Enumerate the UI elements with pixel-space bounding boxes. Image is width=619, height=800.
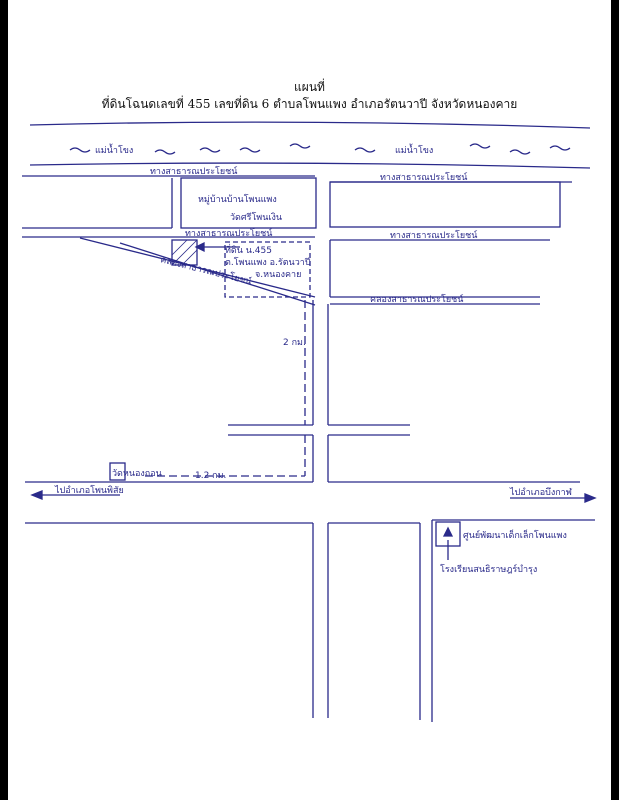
hand-drawn-map: แม่น้ำโขง แม่น้ำโขง ทางสาธารณประโยชน์ ทา… <box>0 0 619 800</box>
temple-2-label: วัดหนองถอน <box>112 469 162 479</box>
distance-horizontal: 1.2 กม. <box>195 471 226 481</box>
canal-label-right: คลองสาธารณประโยชน์ <box>370 293 463 305</box>
parcel-note-3: จ.หนองคาย <box>255 270 301 280</box>
direction-right-label: ไปอำเภอบึงกาฬ <box>509 487 573 498</box>
road-label-top-left: ทางสาธารณประโยชน์ <box>150 165 238 177</box>
river-bank-top <box>30 122 590 128</box>
school-label: โรงเรียนสนธิราษฎร์บำรุง <box>440 563 537 575</box>
parcel-note-1: ที่ดิน น.455 <box>225 243 272 256</box>
river-label-right: แม่น้ำโขง <box>395 143 433 156</box>
road-label-top-right: ทางสาธารณประโยชน์ <box>380 171 468 183</box>
parcel-note-2: ต.โพนแพง อ.รัตนวาปี <box>225 257 311 268</box>
wave-marks <box>70 144 570 154</box>
temple-1-label: วัดศรีโพนเงิน <box>230 212 282 223</box>
direction-left-label: ไปอำเภอโพนพิสัย <box>54 485 124 496</box>
landmark-label: ศูนย์พัฒนาเด็กเล็กโพนแพง <box>463 528 567 541</box>
road-label-mid-left: ทางสาธารณประโยชน์ <box>185 227 273 239</box>
distance-vertical: 2 กม. <box>283 338 306 348</box>
village-label: หมู่บ้านบ้านโพนแพง <box>198 194 277 205</box>
river-bank-bottom <box>30 163 590 168</box>
road-label-mid-right: ทางสาธารณประโยชน์ <box>390 229 478 241</box>
river-label-left: แม่น้ำโขง <box>95 143 133 156</box>
